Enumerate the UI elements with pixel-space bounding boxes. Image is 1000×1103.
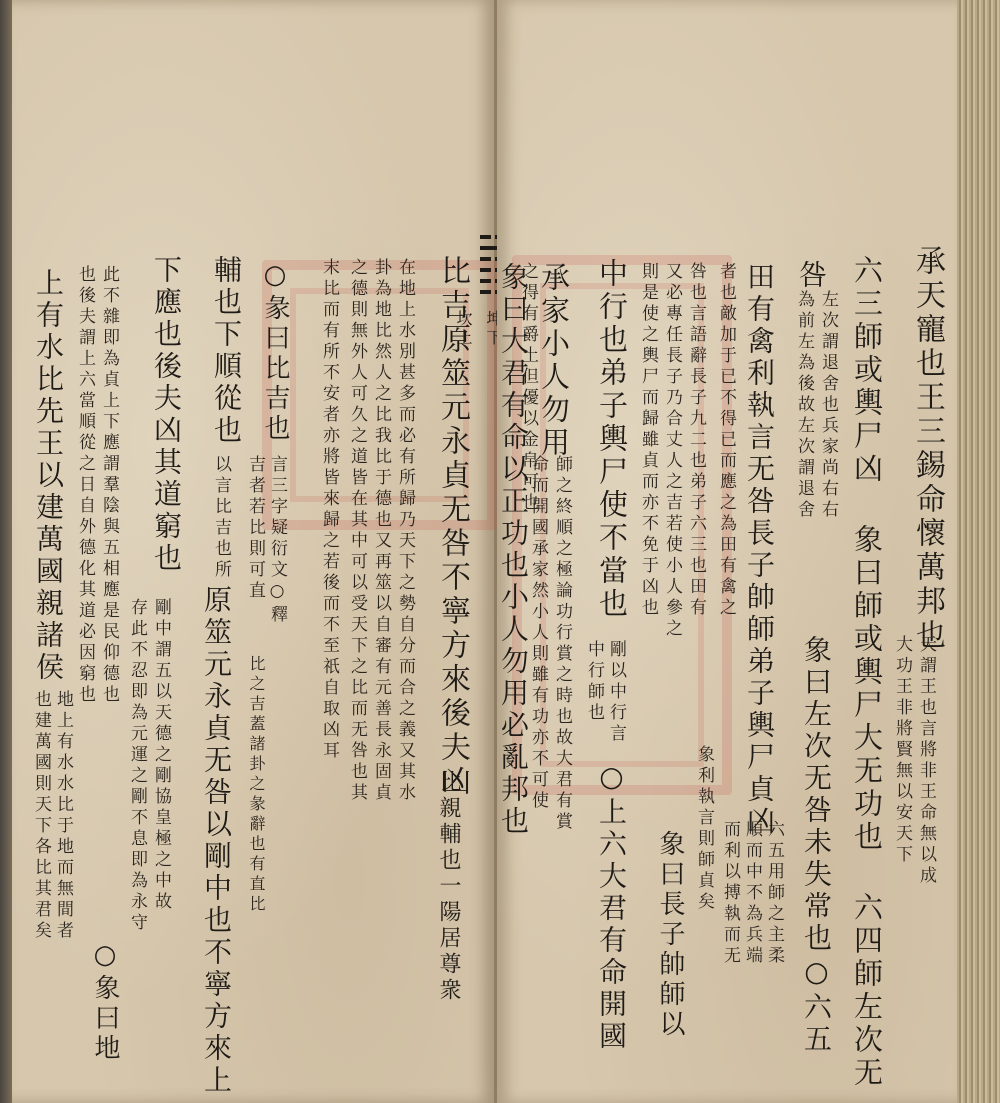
commentary-column: 比之吉蓋諸卦之彖辭也有直比 <box>248 655 264 915</box>
commentary-column: 剛中謂五以天德之剛協皇極之中故 <box>152 598 169 913</box>
text-column-main: 原筮元永貞无咎以剛中也不寧方來上 <box>202 585 230 1097</box>
commentary-column: 而利以搏執而无 <box>721 820 738 967</box>
commentary-column: 存此不忍即為元運之剛不息即為永守 <box>128 598 145 934</box>
commentary-column: 象利執言則師貞矣 <box>695 745 712 913</box>
text-column-main: 上有水比先王以建萬國親諸侯 <box>34 268 62 684</box>
commentary-column: 剛以中行言 <box>607 640 624 745</box>
text-column-main: ○象曰地 <box>92 940 118 1064</box>
commentary-column: 末比而有所不安者亦將皆來歸之若後而不至祇自取凶耳 <box>320 258 337 762</box>
commentary-column: 此不雜即為貞上下應謂羣陰與五相應是民仰德也 <box>100 265 117 706</box>
commentary-column: 順而中不為兵端 <box>743 820 760 967</box>
left-page: 比吉原筮元永貞无咎不寧方來後夫凶 比親輔也一陽居尊衆 在地上水別甚多而必有所歸乃… <box>12 0 497 1103</box>
commentary-column: 在地上水別甚多而必有所歸乃天下之勢自分而合之義又其水 <box>396 258 413 804</box>
commentary-column: 大功王非將賢無以安天下 <box>893 635 910 866</box>
text-column-main: 輔也下順從也 <box>212 255 240 447</box>
commentary-column: 也後夫謂上六當順從之日自外德化其道必因窮也 <box>76 265 93 706</box>
commentary-column: 卦為地比然人之比我比于德也又再筮以自審有元善長永固貞 <box>372 258 389 804</box>
commentary-column: 左次謂退舍也兵家尚右右 <box>819 290 836 521</box>
commentary-column: 者也敵加于已不得已而應之為田有禽之 <box>717 262 734 619</box>
book-page-edges <box>957 0 1000 1103</box>
commentary-column: 也建萬國則天下各比其君矣 <box>32 690 49 942</box>
text-column-main: 田有禽利執言无咎長子帥師弟子輿尸貞凶 <box>745 262 773 838</box>
text-column-main: 咎 <box>797 260 825 292</box>
commentary-column: 之德則無外人可久之道皆在其中可以受天下之比而无咎也其 <box>348 258 365 804</box>
text-column-main: 承天寵也王三錫命懷萬邦也 <box>912 245 942 653</box>
commentary-column: 為前左為後故左次謂退舍 <box>795 290 812 521</box>
commentary-column: 則是使之輿尸而歸雖貞而亦不免于凶也 <box>639 262 656 619</box>
commentary-column: 師之終順之極論功行賞之時也故大君有賞 <box>553 455 570 833</box>
commentary-column: 言三字疑衍文○釋 <box>268 455 285 626</box>
text-column-main: 象曰長子帥師以 <box>657 830 683 1040</box>
text-column-main: 六三師或輿尸凶 象曰師或輿尸大无功也 六四師左次无 <box>852 255 881 1090</box>
text-column-main-tail: 比親輔也一陽居尊衆 <box>437 770 459 1004</box>
hexagram-upper-trigram-label: 坎上 <box>452 310 475 348</box>
text-column-main: 象曰左次无咎未失常也○六五 <box>802 635 830 1056</box>
text-column-main: ○彖曰比吉也 <box>262 260 288 444</box>
text-column-main: 象曰大君有命以正功也小人勿用必亂邦也 <box>499 262 527 838</box>
book-cover-edge <box>0 0 12 1103</box>
book-spread: 比吉原筮元永貞无咎不寧方來後夫凶 比親輔也一陽居尊衆 在地上水別甚多而必有所歸乃… <box>0 0 1000 1103</box>
right-page: 承天寵也王三錫命懷萬邦也 天謂王也言將非王命無以成 大功王非將賢無以安天下 六三… <box>497 0 957 1103</box>
commentary-column: 又必專任長子乃合丈人之吉若使小人參之 <box>663 262 680 640</box>
commentary-column: 中行師也 <box>585 640 602 724</box>
text-column-main: ○上六大君有命開國 <box>597 760 625 1053</box>
commentary-column: 咎也言語辭長子九二也弟子六三也田有 <box>687 262 704 619</box>
commentary-column: 天謂王也言將非王命無以成 <box>917 635 934 887</box>
text-column-main: 承家小人勿用 <box>539 262 568 460</box>
commentary-column: 以言比吉也所 <box>212 455 229 581</box>
commentary-column: 六五用師之主柔 <box>765 820 782 967</box>
text-column-main: 下應也後夫凶其道窮也 <box>152 255 180 575</box>
text-column-main: 中行也弟子輿尸使不當也 <box>597 258 626 621</box>
commentary-column: 吉者若比則可直 <box>246 455 263 602</box>
commentary-column: 地上有水水比于地而無間者 <box>54 690 71 942</box>
